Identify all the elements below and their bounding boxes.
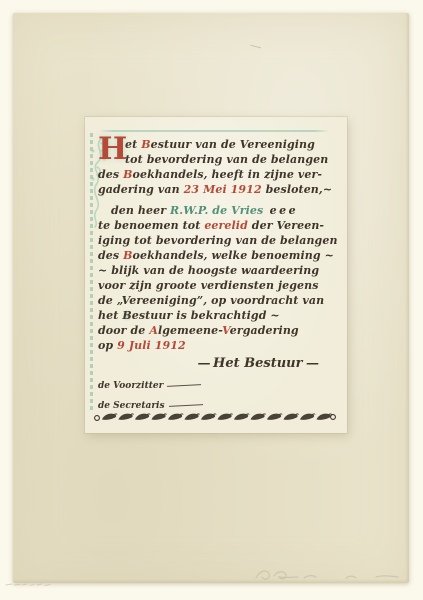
text-segment: et	[125, 138, 141, 151]
text-segment: R.W.P. de Vries	[170, 204, 263, 217]
closing-line: Het Bestuur	[98, 355, 340, 372]
text-segment: de „Vereeniging”, op voordracht van	[98, 294, 324, 307]
text-segment: lgemeene-	[158, 324, 222, 337]
text-segment: op	[98, 339, 117, 352]
pencil-inscription	[5, 580, 71, 589]
text-line: des Boekhandels, welke benoeming ~	[98, 248, 340, 263]
text-line: et Bestuur van de Vereeniging	[98, 137, 340, 152]
text-segment: te benoemen tot	[98, 219, 204, 232]
signature-label-voorzitter: de Voorzitter	[98, 381, 163, 391]
paragraph-2: den heer R.W.P. de Vries eeete benoemen …	[98, 203, 340, 353]
text-line: het Bestuur is bekrachtigd ~	[98, 308, 340, 323]
text-segment: B	[141, 138, 150, 151]
text-line: de „Vereeniging”, op voordracht van	[98, 293, 340, 308]
paper-sheet: H et Bestuur van de Vereenigingtot bevor…	[13, 13, 409, 583]
pencil-signature	[250, 566, 406, 584]
certificate-text: H et Bestuur van de Vereenigingtot bevor…	[98, 137, 340, 412]
text-line: te benoemen tot eerelid der Vereen-	[98, 218, 340, 233]
text-segment: oekhandels, heeft in zijne ver-	[133, 168, 323, 181]
text-line: iging tot bevordering van de belangen	[98, 233, 340, 248]
text-line: gadering van 23 Mei 1912 besloten,~	[98, 182, 340, 197]
text-segment: eee	[263, 204, 298, 217]
text-segment: besloten,	[262, 183, 323, 196]
text-line: op 9 Juli 1912	[98, 338, 340, 353]
certificate: H et Bestuur van de Vereenigingtot bevor…	[85, 117, 347, 433]
text-segment: des	[98, 249, 123, 262]
text-segment: der Vereen-	[248, 219, 324, 232]
text-segment: des	[98, 168, 123, 181]
text-line: den heer R.W.P. de Vries eee	[98, 203, 340, 218]
text-segment: 23 Mei 1912	[184, 183, 262, 196]
text-line: door de Algemeene-Vergadering	[98, 323, 340, 338]
text-segment: het	[98, 309, 122, 322]
text-segment: B	[123, 168, 132, 181]
text-segment: V	[222, 324, 230, 337]
signature-line	[167, 383, 201, 387]
pencil-mark	[250, 45, 261, 50]
text-segment: A	[149, 324, 158, 337]
text-segment: voor zijn groote verdiensten jegens	[98, 279, 319, 292]
scan-background: H et Bestuur van de Vereenigingtot bevor…	[0, 0, 423, 600]
text-segment: B	[122, 309, 131, 322]
text-segment: ~ blijk van de hoogste waardeering	[98, 264, 319, 277]
scroll-frieze	[93, 411, 337, 424]
text-segment: B	[123, 249, 132, 262]
ornament-top-rule	[99, 130, 329, 132]
paragraph-1: et Bestuur van de Vereenigingtot bevorde…	[98, 137, 340, 197]
text-segment: ergadering	[230, 324, 299, 337]
signature-line	[169, 403, 203, 407]
signature-row-voorzitter: de Voorzitter	[98, 381, 340, 392]
text-segment: gadering van	[98, 183, 184, 196]
signature-label-secretaris: de Secretaris	[98, 401, 165, 411]
text-line: voor zijn groote verdiensten jegens	[98, 278, 340, 293]
drop-cap-initial: H	[98, 134, 127, 165]
text-line: des Boekhandels, heeft in zijne ver-	[98, 167, 340, 182]
text-line: ~ blijk van de hoogste waardeering	[98, 263, 340, 278]
text-segment: tot bevordering van de belangen	[125, 153, 328, 166]
text-segment: oekhandels, welke benoeming ~	[133, 249, 334, 262]
text-segment: estuur van de Vereeniging	[151, 138, 315, 151]
text-segment: eerelid	[204, 219, 248, 232]
text-segment: 9 Juli 1912	[117, 339, 186, 352]
text-segment: iging tot bevordering van de belangen	[98, 234, 338, 247]
text-segment: door de	[98, 324, 149, 337]
text-segment: ~	[323, 183, 335, 196]
text-line: tot bevordering van de belangen	[98, 152, 340, 167]
text-segment: den heer	[111, 204, 170, 217]
text-segment: estuur is bekrachtigd ~	[132, 309, 280, 322]
